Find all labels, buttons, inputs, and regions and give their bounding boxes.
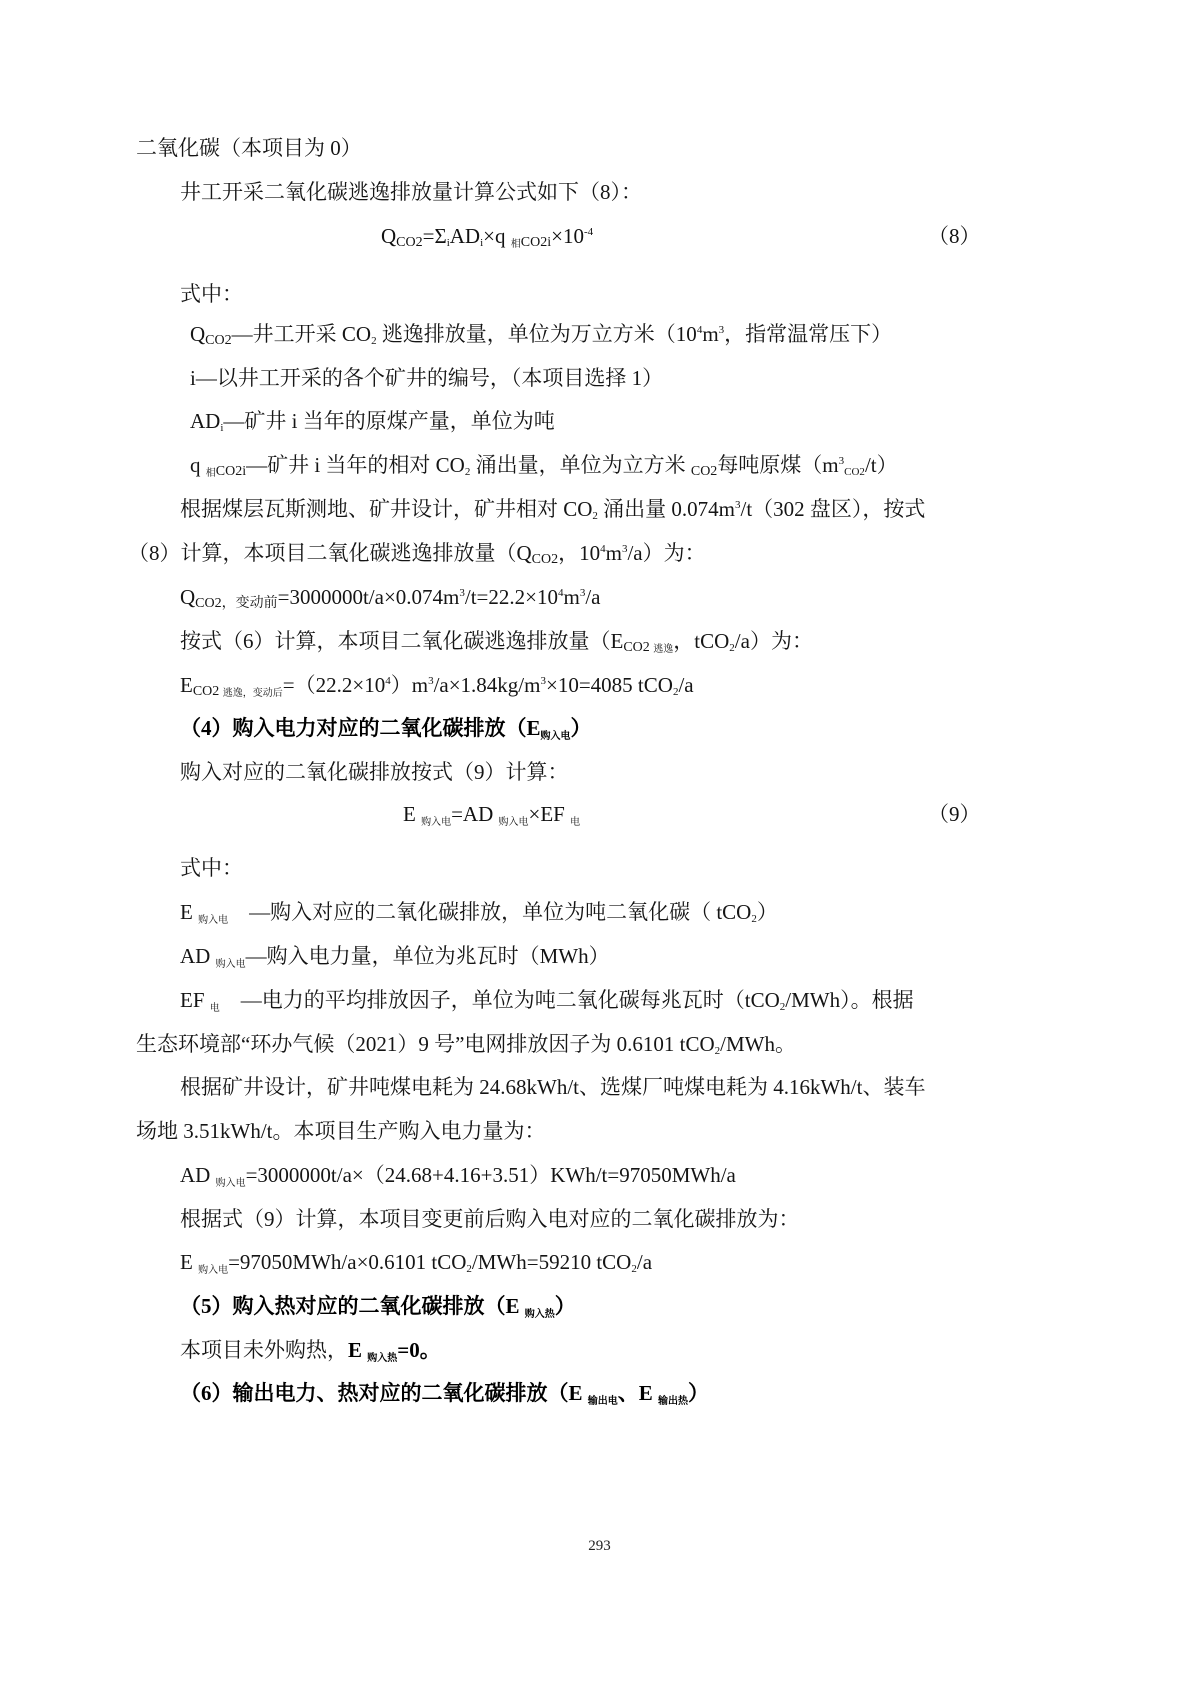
definition-line: QCO2—井工开采 CO2 逃逸排放量，单位为万立方米（104m3，指常温常压下… (190, 320, 892, 348)
definition-line: E 购入电 —购入对应的二氧化碳排放，单位为吨二氧化碳（ tCO2） (180, 898, 778, 926)
equation-number-8: （8） (928, 222, 981, 250)
text-line: 根据式（9）计算，本项目变更前后购入电对应的二氧化碳排放为： (180, 1205, 800, 1233)
equation-8: QCO2=ΣiADi×q 相CO2i×10-4 (381, 222, 593, 250)
definition-line: i—以井工开采的各个矿井的编号，（本项目选择 1） (190, 364, 663, 392)
text-line: 根据矿井设计，矿井吨煤电耗为 24.68kWh/t、选煤厂吨煤电耗为 4.16k… (180, 1073, 925, 1101)
text-line: 式中： (180, 854, 243, 882)
definition-line: EF 电 —电力的平均排放因子，单位为吨二氧化碳每兆瓦时（tCO2/MWh）。根… (180, 986, 914, 1014)
text-line: 生态环境部“环办气候（2021）9 号”电网排放因子为 0.6101 tCO2/… (136, 1030, 796, 1058)
definition-line: q 相CO2i—矿井 i 当年的相对 CO2 涌出量，单位为立方米 CO2每吨原… (190, 451, 898, 479)
calculation-line: ECO2 逃逸，变动后=（22.2×104）m3/a×1.84kg/m3×10=… (180, 671, 694, 699)
equation-number-9: （9） (928, 800, 981, 828)
text-line: 本项目未外购热，E 购入热=0。 (180, 1336, 441, 1364)
text-line: 购入对应的二氧化碳排放按式（9）计算： (180, 758, 569, 786)
calculation-line: QCO2，变动前=3000000t/a×0.074m3/t=22.2×104m3… (180, 583, 601, 611)
text-line: 式中： (180, 280, 243, 308)
section-heading-4: （4）购入电力对应的二氧化碳排放（E购入电） (180, 714, 592, 742)
section-heading-6: （6）输出电力、热对应的二氧化碳排放（E 输出电、E 输出热） (180, 1379, 709, 1407)
calculation-line: AD 购入电=3000000t/a×（24.68+4.16+3.51）KWh/t… (180, 1161, 736, 1189)
definition-line: AD 购入电—购入电力量，单位为兆瓦时（MWh） (180, 942, 610, 970)
definition-line: ADi—矿井 i 当年的原煤产量，单位为吨 (190, 407, 555, 435)
text-line: 二氧化碳（本项目为 0） (136, 134, 362, 162)
equation-9: E 购入电=AD 购入电×EF 电 (403, 800, 580, 828)
text-line: （8）计算，本项目二氧化碳逃逸排放量（QCO2，104m3/a）为： (128, 539, 706, 567)
section-heading-5: （5）购入热对应的二氧化碳排放（E 购入热） (180, 1292, 576, 1320)
text-line: 根据煤层瓦斯测地、矿井设计，矿井相对 CO2 涌出量 0.074m3/t（302… (180, 495, 925, 523)
text-line: 井工开采二氧化碳逃逸排放量计算公式如下（8）： (180, 178, 642, 206)
text-line: 按式（6）计算，本项目二氧化碳逃逸排放量（ECO2 逃逸，tCO2/a）为： (180, 627, 813, 655)
text-line: 场地 3.51kWh/t。本项目生产购入电力量为： (136, 1117, 546, 1145)
page-number: 293 (0, 1538, 1199, 1555)
calculation-line: E 购入电=97050MWh/a×0.6101 tCO2/MWh=59210 t… (180, 1248, 652, 1276)
